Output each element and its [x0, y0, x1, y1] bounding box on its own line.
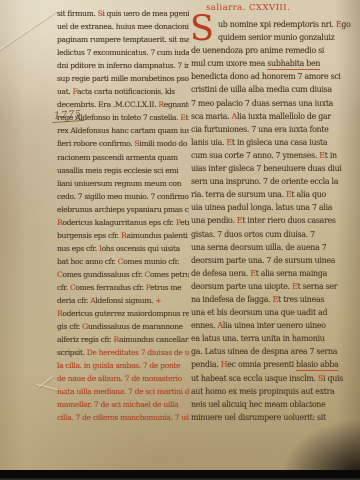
body-text: scripsit. [57, 348, 87, 357]
body-text: elebrunus archieps yspaniaru pmas cf. [57, 205, 189, 214]
text-line: ut habeat sca eccla usque insclm. Si qui… [191, 372, 355, 385]
text-line: una serna deorsum uilla. de auena 7 [191, 241, 355, 254]
body-text: lia iuxta mallellolo de gar [237, 112, 331, 121]
parchment-crease [39, 376, 54, 388]
body-text: aimundus palenti [127, 231, 188, 240]
text-line: gistas. 7 duos ortos cum diuisa. 7 [191, 228, 355, 241]
body-text: etrus me [150, 283, 181, 292]
body-text: ga. Latus uinea de despna area 7 serna [191, 347, 337, 356]
text-line: deorsum parte una. 7 de sursum uinea [191, 254, 355, 267]
rubricated-text: de naue de albura. 7 de monasterio [57, 374, 182, 383]
text-line: de naue de albura. 7 de monasterio [57, 372, 189, 385]
text-line: cedo. 7 sigillo meo munio. 7 confirmo. C [57, 190, 189, 203]
body-text: t ego [186, 113, 189, 122]
text-line: iuxta uilla mediana. 7 de sci martini de [57, 385, 189, 398]
body-text: deorsum parte una uiopte. [191, 282, 292, 291]
text-line: la cilla. in guisla ambas. 7 de ponte [57, 359, 189, 372]
bottom-scan-edge [0, 470, 360, 480]
text-line: elebrunus archieps yspaniaru pmas cf. [57, 203, 189, 216]
body-text: t serna ser [298, 282, 338, 291]
body-text: deorsum parte una. 7 de sursum uinea [191, 256, 335, 265]
right-text-column: ub nomine xpi redemptoris nri. Egoquidem… [191, 18, 355, 424]
text-line: de defesa uera. Et alia serna mainga [191, 267, 355, 280]
body-text: sern una inspruno. 7 de oriente eccla la [191, 177, 338, 186]
text-line: aut homo ex meis propinquis aut extra [191, 385, 355, 398]
body-text: decembris. Era .M.CC.LX.II. [57, 100, 158, 109]
body-text: undissaluus de marannone [88, 322, 183, 331]
body-text: t in [325, 151, 337, 160]
body-text: ennes. [191, 321, 217, 330]
text-line: neis uel alicuiq hec meam oblacione [191, 398, 355, 411]
text-line: scripsit. De hereditates 7 diuisas de ui [57, 346, 189, 359]
parchment-crease [0, 10, 58, 51]
body-text: ria. terra de sursum una. [191, 190, 286, 199]
manuscript-page: 1775 sit firmum. Si quis uero de mea pge… [0, 0, 360, 480]
body-text: uel de extranea. huius mee donacionis [57, 22, 189, 31]
text-line: benedicta dono ad honorem 7 amore sci [191, 70, 355, 83]
text-line: pendia. Hec omnia presenti blasio abba [191, 358, 355, 371]
text-line: ga. Latus uinea de despna area 7 serna [191, 345, 355, 358]
rubricated-text: cilla. 7 de cilleros manchomunia. 7 uil [57, 413, 189, 422]
text-line: bat hoc anno cfr. Comes munio cfr. [57, 255, 189, 268]
text-line: quidem senior munio gonzaluiz [191, 31, 355, 44]
body-text: ledictus 7 excomunicatus. 7 cum iuda [57, 48, 189, 57]
body-text: omes petrus [150, 270, 189, 279]
body-text: una pendio. [191, 216, 237, 225]
body-text: aut homo ex meis propinquis aut extra [191, 387, 334, 396]
body-text: benedicta dono ad honorem 7 amore sci [191, 72, 341, 81]
text-line: mamellar. 7 de sci michael de uilla [57, 398, 189, 411]
body-text: aimundus cancellarius [119, 335, 189, 344]
text-line: nus eps cfr. Iohs oscensis qui uisita [57, 242, 189, 255]
body-text: rege Aldefonso in toleto 7 castella. [57, 113, 180, 122]
body-text: uat. [57, 87, 73, 96]
body-text: ea latus una. terra unita in hamoniu [191, 334, 325, 343]
body-text: nus eps cfr. [57, 244, 99, 253]
body-text: ldefonsi signum. [95, 296, 155, 305]
text-line: sca maria. Alia iuxta mallellolo de gar [191, 110, 355, 123]
text-line: uias inter gisleca 7 beneuiuere duas diu… [191, 162, 355, 175]
body-text: ohs oscensis qui uisita [102, 244, 180, 253]
body-text: lia uinea inter uenero uineo [223, 321, 326, 330]
text-line: fieri robore confirmo. Simili modo do [57, 137, 189, 150]
body-text: racionem pascendi armenta quam [57, 153, 178, 162]
text-line: alferiz regis cfr. Raimundus cancellariu… [57, 333, 189, 346]
text-line: ea latus una. terra unita in hamoniu [191, 332, 355, 345]
body-text: una serna deorsum uilla. de auena 7 [191, 243, 326, 252]
rubricated-text: la cilla. in guisla ambas. 7 de ponte [57, 361, 180, 370]
body-text: bat hoc anno cfr. [57, 257, 118, 266]
text-line: gis cfr. Gundissaluus de marannone [57, 320, 189, 333]
body-text: acta carta notificacionis. kls [77, 87, 175, 96]
text-line: sern una inspruno. 7 de oriente eccla la [191, 175, 355, 188]
text-line: deria cfr. Aldefonsi signum. + [57, 294, 189, 307]
body-text: deria cfr. [57, 296, 90, 305]
body-text: blasio abba [296, 360, 338, 371]
body-text: una et bis deorsum una que uadit ad [191, 308, 327, 317]
text-line: cristini de uilla alba media cum diuisa [191, 83, 355, 96]
text-line: de uenendoza pro anime remedio si [191, 44, 355, 57]
body-text: egnante me [164, 100, 189, 109]
text-line: uel de extranea. huius mee donacionis [57, 20, 189, 33]
body-text: odericus kalagurritanus eps cfr. [62, 218, 175, 227]
body-text: t alia serna mainga [256, 269, 327, 278]
body-text: neis uel alicuiq hec meam oblacione [191, 400, 325, 409]
text-line: racionem pascendi armenta quam [57, 151, 189, 164]
body-text: ub nomine xpi redemptoris nri. [218, 20, 336, 29]
text-line: cilla. 7 de cilleros manchomunia. 7 uil [57, 411, 189, 424]
body-text: lanis uia. [191, 138, 226, 147]
body-text: cfr. [57, 283, 70, 292]
text-line: uasallis meis regis ecclesie sci emi [57, 164, 189, 177]
body-text: uia uinea padul longa. latus una 7 alia [191, 203, 332, 212]
body-text: sup regie parti mille morabetinos psol [57, 74, 189, 83]
body-text: fieri robore confirmo. [57, 139, 134, 148]
body-text: cristini de uilla alba media cum diuisa [191, 85, 332, 94]
body-text: odericus guterrez maiordompnus re [62, 309, 189, 318]
text-line: dni pditore in inferno dampnatus. 7 in [57, 59, 189, 72]
body-text: de defesa uera. [191, 269, 250, 278]
body-text: de uenendoza pro anime remedio si [191, 46, 324, 55]
body-text: sit firmum. [57, 9, 98, 18]
body-text: mul cum uxore mea [191, 59, 267, 68]
body-text: na indefesa de fagga. [191, 295, 273, 304]
body-text: imili modo do [139, 139, 187, 148]
text-line: ennes. Alia uinea inter uenero uineo [191, 319, 355, 332]
text-line: sit firmum. Si quis uero de mea pgenie [57, 7, 189, 20]
body-text: ec omnia presenti [227, 360, 296, 369]
text-line: sup regie parti mille morabetinos psol [57, 72, 189, 85]
body-text: etrus [180, 218, 189, 227]
body-text: omes ferrandus cfr. [75, 283, 145, 292]
body-text: paginam rumpere temptauerit. sit ma [57, 35, 189, 44]
body-text: ut habeat sca eccla usque insclm. [191, 374, 318, 383]
body-text: minuere uel disrumpere uoluerit: sit [191, 413, 326, 422]
body-text: t in gisleca una casa iusta [232, 138, 327, 147]
body-text: 7 meo palacio 7 duas sernas una iuxta [191, 99, 333, 108]
text-line: deorsum parte una uiopte. Et serna ser [191, 280, 355, 293]
text-line: burgensis eps cfr. Raimundus palenti [57, 229, 189, 242]
rubricated-text: iuxta uilla mediana. 7 de sci martini de [57, 387, 189, 396]
body-text: pendia. [191, 360, 221, 369]
text-line: 7 meo palacio 7 duas sernas una iuxta [191, 97, 355, 110]
body-text: rex Aldefonsus hanc cartam quam iussi [57, 126, 189, 135]
body-text: cia furtuniones. 7 una era iuxta fonte [191, 125, 329, 134]
body-text: uasallis meis regis ecclesie sci emi [57, 166, 178, 175]
text-line: cia furtuniones. 7 una era iuxta fonte [191, 123, 355, 136]
text-line: na indefesa de fagga. Et tres uineas [191, 293, 355, 306]
body-text: liani uniuersum regnum meum con [57, 179, 181, 188]
body-text: dni pditore in inferno dampnatus. 7 in [57, 61, 189, 70]
rubricated-text: + [155, 296, 161, 305]
body-text: omes gundissaluus cfr. [62, 270, 144, 279]
text-line: Comes gundissaluus cfr. Comes petrus [57, 268, 189, 281]
text-line: una et bis deorsum una que uadit ad [191, 306, 355, 319]
text-line: ria. terra de sursum una. Et alia quo [191, 188, 355, 201]
body-text: i quis [323, 374, 343, 383]
rubricated-text: mamellar. 7 de sci michael de uilla [57, 400, 178, 409]
body-text: gistas. 7 duos ortos cum diuisa. 7 [191, 230, 315, 239]
text-line: uat. Facta carta notificacionis. kls [57, 85, 189, 98]
body-text: quidem senior munio gonzaluiz [218, 33, 334, 42]
text-line: Rodericus kalagurritanus eps cfr. Petrus [57, 216, 189, 229]
body-text: omes munio cfr. [123, 257, 179, 266]
body-text: cum sua corte 7 anno. 7 ymenses. [191, 151, 319, 160]
text-line: una pendio. Et inter riero duos casares [191, 214, 355, 227]
text-line: cum sua corte 7 anno. 7 ymenses. Et in [191, 149, 355, 162]
text-line: ub nomine xpi redemptoris nri. Ego [191, 18, 355, 31]
text-line: Rodericus guterrez maiordompnus re [57, 307, 189, 320]
body-text: i quis uero de mea pgenie [102, 9, 189, 18]
body-text: uias inter gisleca 7 beneuiuere duas diu… [191, 164, 342, 173]
body-text: subhabita ben [267, 59, 320, 70]
rubricated-text: De hereditates 7 diuisas de ui [87, 348, 189, 357]
body-text: cedo. 7 sigillo meo munio. 7 confirmo. [57, 192, 189, 201]
text-line: ledictus 7 excomunicatus. 7 cum iuda [57, 46, 189, 59]
left-text-column: sit firmum. Si quis uero de mea pgenieue… [57, 7, 189, 425]
body-text: go [341, 20, 350, 29]
text-line: decembris. Era .M.CC.LX.II. Regnante me [57, 98, 189, 111]
body-text: t inter riero duos casares [242, 216, 335, 225]
body-text: sca maria. [191, 112, 232, 121]
body-text: t tres uineas [278, 295, 324, 304]
text-line: paginam rumpere temptauerit. sit ma [57, 33, 189, 46]
text-line: minuere uel disrumpere uoluerit: sit [191, 411, 355, 424]
body-text: alferiz regis cfr. [57, 335, 114, 344]
text-line: liani uniuersum regnum meum con [57, 177, 189, 190]
text-line: cfr. Comes ferrandus cfr. Petrus me [57, 281, 189, 294]
text-line: uia uinea padul longa. latus una 7 alia [191, 201, 355, 214]
body-text: burgensis eps cfr. [57, 231, 121, 240]
text-line: lanis uia. Et in gisleca una casa iusta [191, 136, 355, 149]
body-text: gis cfr. [57, 322, 82, 331]
text-line: rex Aldefonsus hanc cartam quam iussi [57, 124, 189, 137]
text-line: mul cum uxore mea subhabita ben [191, 57, 355, 70]
text-line: rege Aldefonso in toleto 7 castella. Et … [57, 111, 189, 124]
body-text: t alia quo [291, 190, 326, 199]
rubric-heading: saliarra. CXXVIII. [206, 3, 290, 13]
